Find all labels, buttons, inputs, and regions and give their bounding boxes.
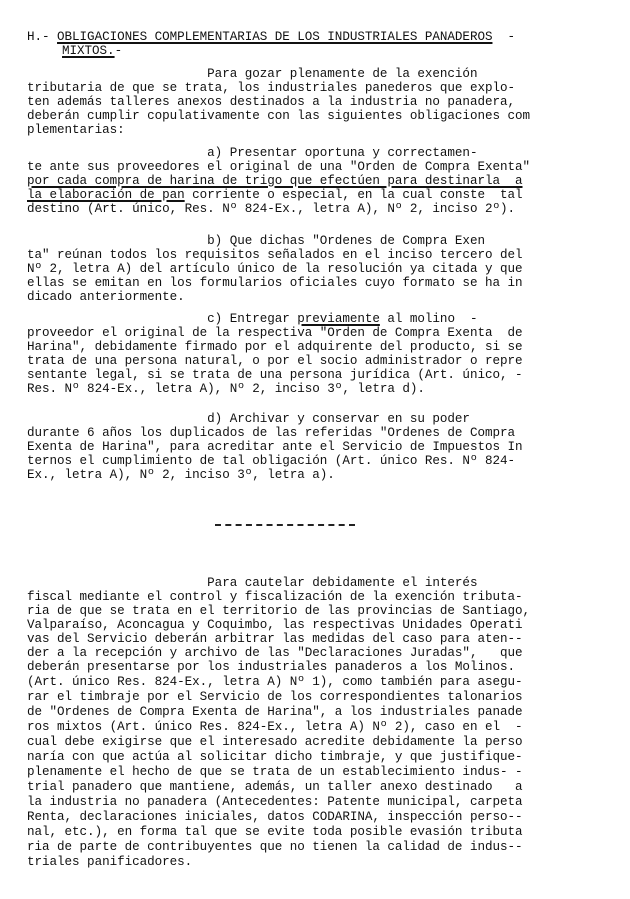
underlined-text: la elaboración de pan	[27, 188, 185, 202]
paragraph-line: trial panadero que mantiene, además, un …	[27, 780, 523, 794]
section-heading: H.- OBLIGACIONES COMPLEMENTARIAS DE LOS …	[27, 30, 515, 44]
paragraph-line: b) Que dichas "Ordenes de Compra Exen	[27, 234, 485, 248]
paragraph-line: Harina", debidamente firmado por el adqu…	[27, 340, 523, 354]
paragraph-line: Valparaíso, Aconcagua y Coquimbo, las re…	[27, 618, 523, 632]
paragraph-line: (Art. único Res. 824-Ex., letra A) Nº 1)…	[27, 675, 523, 689]
paragraph-text: corriente o especial, en la cual conste …	[185, 188, 523, 202]
paragraph-line: durante 6 años los duplicados de las ref…	[27, 426, 515, 440]
section-divider	[215, 524, 355, 526]
heading-title-line1-tail: -	[492, 30, 515, 44]
heading-prefix: H.-	[27, 30, 57, 44]
paragraph-line: sentante legal, si se trata de una perso…	[27, 368, 523, 382]
heading-title-line2-tail: -	[115, 44, 123, 58]
heading-title-line2: MIXTOS.	[62, 44, 115, 58]
paragraph-text: al molino -	[380, 312, 478, 326]
paragraph-line: cual debe exigirse que el interesado acr…	[27, 735, 523, 749]
section-heading-line2: MIXTOS.-	[62, 44, 122, 58]
paragraph-line: Renta, declaraciones iniciales, datos CO…	[27, 810, 523, 824]
heading-title-line1: OBLIGACIONES COMPLEMENTARIAS DE LOS INDU…	[57, 30, 492, 44]
paragraph-line: de "Ordenes de Compra Exenta de Harina",…	[27, 705, 523, 719]
paragraph-line: ternos el cumplimiento de tal obligación…	[27, 454, 515, 468]
underlined-text: por cada compra de harina de trigo que e…	[27, 174, 523, 188]
paragraph-line: ros mixtos (Art. único Res. 824-Ex., let…	[27, 720, 523, 734]
paragraph-line: vas del Servicio deberán arbitrar las me…	[27, 632, 523, 646]
paragraph-line: a) Presentar oportuna y correctamen-	[27, 146, 477, 160]
paragraph-line: por cada compra de harina de trigo que e…	[27, 174, 523, 188]
paragraph-line: plenamente el hecho de que se trata de u…	[27, 765, 523, 779]
paragraph-line: proveedor el original de la respectiva "…	[27, 326, 523, 340]
paragraph-line: Exenta de Harina", para acreditar ante e…	[27, 440, 523, 454]
paragraph-line: c) Entregar previamente al molino -	[27, 312, 477, 326]
document-page: H.- OBLIGACIONES COMPLEMENTARIAS DE LOS …	[0, 0, 630, 899]
paragraph-line: deberán presentarse por los industriales…	[27, 660, 515, 674]
paragraph-line: la elaboración de pan corriente o especi…	[27, 188, 523, 202]
paragraph-text: c) Entregar	[27, 312, 297, 326]
paragraph-line: Nº 2, letra A) del artículo único de la …	[27, 262, 523, 276]
paragraph-line: Para gozar plenamente de la exención	[27, 67, 477, 81]
paragraph-line: fiscal mediante el control y fiscalizaci…	[27, 590, 523, 604]
paragraph-line: deberán cumplir copulativamente con las …	[27, 109, 530, 123]
paragraph-line: ta" reúnan todos los requisitos señalado…	[27, 248, 523, 262]
paragraph-line: trata de una persona natural, o por el s…	[27, 354, 523, 368]
paragraph-line: triales panificadores.	[27, 855, 192, 869]
paragraph-line: tributaria de que se trata, los industri…	[27, 81, 515, 95]
paragraph-line: ten además talleres anexos destinados a …	[27, 95, 515, 109]
paragraph-line: ria de parte de contribuyentes que no ti…	[27, 840, 523, 854]
paragraph-line: destino (Art. único, Res. Nº 824-Ex., le…	[27, 202, 515, 216]
paragraph-line: nal, etc.), en forma tal que se evite to…	[27, 825, 523, 839]
paragraph-line: Para cautelar debidamente el interés	[27, 576, 477, 590]
paragraph-line: naría con que actúa al solicitar dicho t…	[27, 750, 523, 764]
paragraph-line: dicado anteriormente.	[27, 290, 185, 304]
paragraph-line: plementarias:	[27, 123, 125, 137]
paragraph-line: ellas se emitan en los formularios ofici…	[27, 276, 523, 290]
paragraph-line: la industria no panadera (Antecedentes: …	[27, 795, 523, 809]
underlined-text: previamente	[297, 312, 380, 326]
paragraph-line: rar el timbraje por el Servicio de los c…	[27, 690, 523, 704]
paragraph-line: d) Archivar y conservar en su poder	[27, 412, 470, 426]
paragraph-line: der a la recepción y archivo de las "Dec…	[27, 646, 523, 660]
paragraph-line: te ante sus proveedores el original de u…	[27, 160, 530, 174]
paragraph-line: ria de que se trata en el territorio de …	[27, 604, 530, 618]
paragraph-line: Ex., letra A), Nº 2, inciso 3º, letra a)…	[27, 468, 335, 482]
paragraph-line: Res. Nº 824-Ex., letra A), Nº 2, inciso …	[27, 382, 425, 396]
